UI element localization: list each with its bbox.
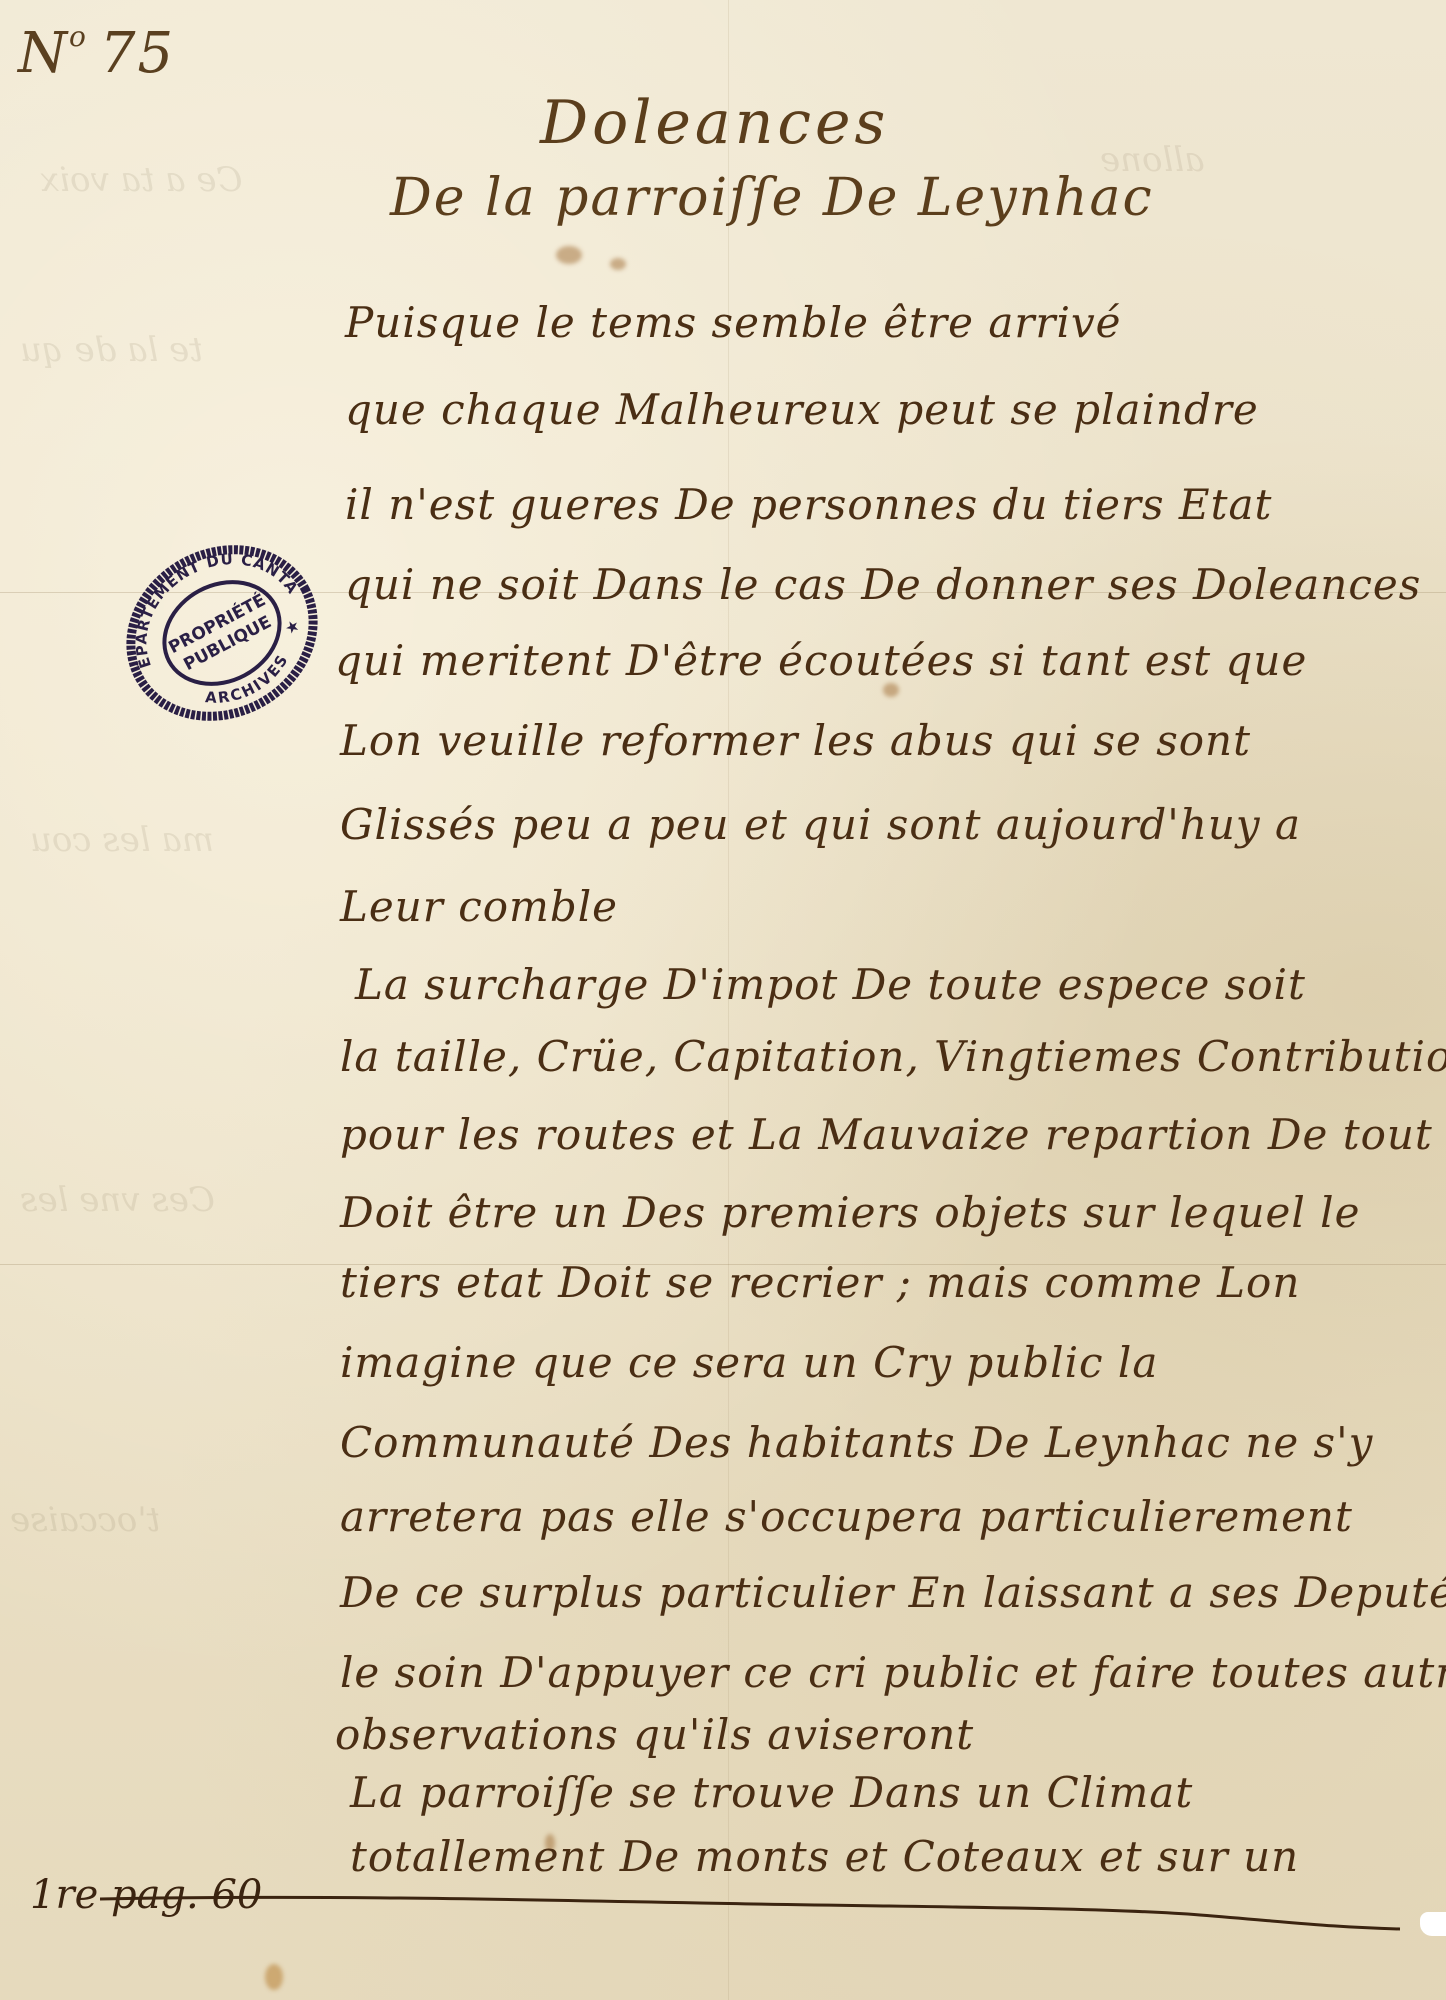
manuscript-line: Communauté Des habitants De Leynhac ne s… xyxy=(340,1418,1373,1467)
manuscript-line: il n'est gueres De personnes du tiers Et… xyxy=(345,480,1272,529)
closing-rule-line xyxy=(100,1893,1430,1933)
show-through-writing: Ces vne les xyxy=(20,1180,215,1220)
reference-superscript: o xyxy=(69,20,88,53)
manuscript-line: La parroiſſe se trouve Dans un Climat xyxy=(350,1768,1193,1817)
ink-stain xyxy=(883,683,899,697)
archive-stamp: DÉPARTEMENT DU CANTAL ARCHIVES PROPRIÉTÉ… xyxy=(94,511,350,755)
manuscript-line: que chaque Malheureux peut se plaindre xyxy=(345,385,1259,434)
manuscript-line: arretera pas elle s'occupera particulier… xyxy=(340,1492,1353,1541)
manuscript-line: tiers etat Doit se recrier ; mais comme … xyxy=(340,1258,1300,1307)
ink-stain xyxy=(556,246,582,264)
show-through-writing: te la de qu xyxy=(20,330,203,370)
reference-value: 75 xyxy=(100,21,175,86)
show-through-writing: ma les cou xyxy=(30,820,214,860)
reference-prefix: N xyxy=(18,21,69,86)
manuscript-line: observations qu'ils aviseront xyxy=(335,1710,974,1759)
reference-number: No75 xyxy=(18,20,175,86)
manuscript-line: Doit être un Des premiers objets sur leq… xyxy=(340,1188,1360,1237)
ink-stain xyxy=(265,1964,283,1990)
manuscript-line: Leur comble xyxy=(340,882,618,931)
ink-stain xyxy=(610,258,626,270)
manuscript-line: totallement De monts et Coteaux et sur u… xyxy=(350,1832,1299,1881)
manuscript-line: La surcharge D'impot De toute espece soi… xyxy=(355,960,1306,1009)
manuscript-line: De ce surplus particulier En laissant a … xyxy=(340,1568,1446,1617)
svg-text:★: ★ xyxy=(282,615,304,639)
manuscript-line: la taille, Crüe, Capitation, Vingtiemes … xyxy=(340,1032,1446,1081)
flourish-line-icon xyxy=(100,1893,1430,1933)
manuscript-line: pour les routes et La Mauvaize repartion… xyxy=(340,1110,1446,1159)
manuscript-line: Lon veuille reformer les abus qui se son… xyxy=(340,716,1251,765)
manuscript-line: le soin D'appuyer ce cri public et faire… xyxy=(340,1648,1446,1697)
manuscript-page: Ce a ta voix te la de qu ma les cou Ces … xyxy=(0,0,1446,2000)
manuscript-line: qui ne soit Dans le cas De donner ses Do… xyxy=(345,560,1421,609)
manuscript-line: qui meritent D'être écoutées si tant est… xyxy=(335,636,1307,685)
show-through-writing: t'occaise xyxy=(10,1500,160,1540)
paper-tear xyxy=(1420,1912,1446,1936)
document-subtitle: De la parroiſſe De Leynhac xyxy=(390,168,1154,228)
manuscript-line: Puisque le tems semble être arrivé xyxy=(345,298,1122,347)
stamp-seal-icon: DÉPARTEMENT DU CANTAL ARCHIVES PROPRIÉTÉ… xyxy=(94,511,350,755)
document-title: Doleances xyxy=(540,88,889,158)
show-through-writing: Ce a ta voix xyxy=(40,160,243,200)
manuscript-line: Glissés peu a peu et qui sont aujourd'hu… xyxy=(340,800,1301,849)
manuscript-line: imagine que ce sera un Cry public la xyxy=(340,1338,1158,1387)
